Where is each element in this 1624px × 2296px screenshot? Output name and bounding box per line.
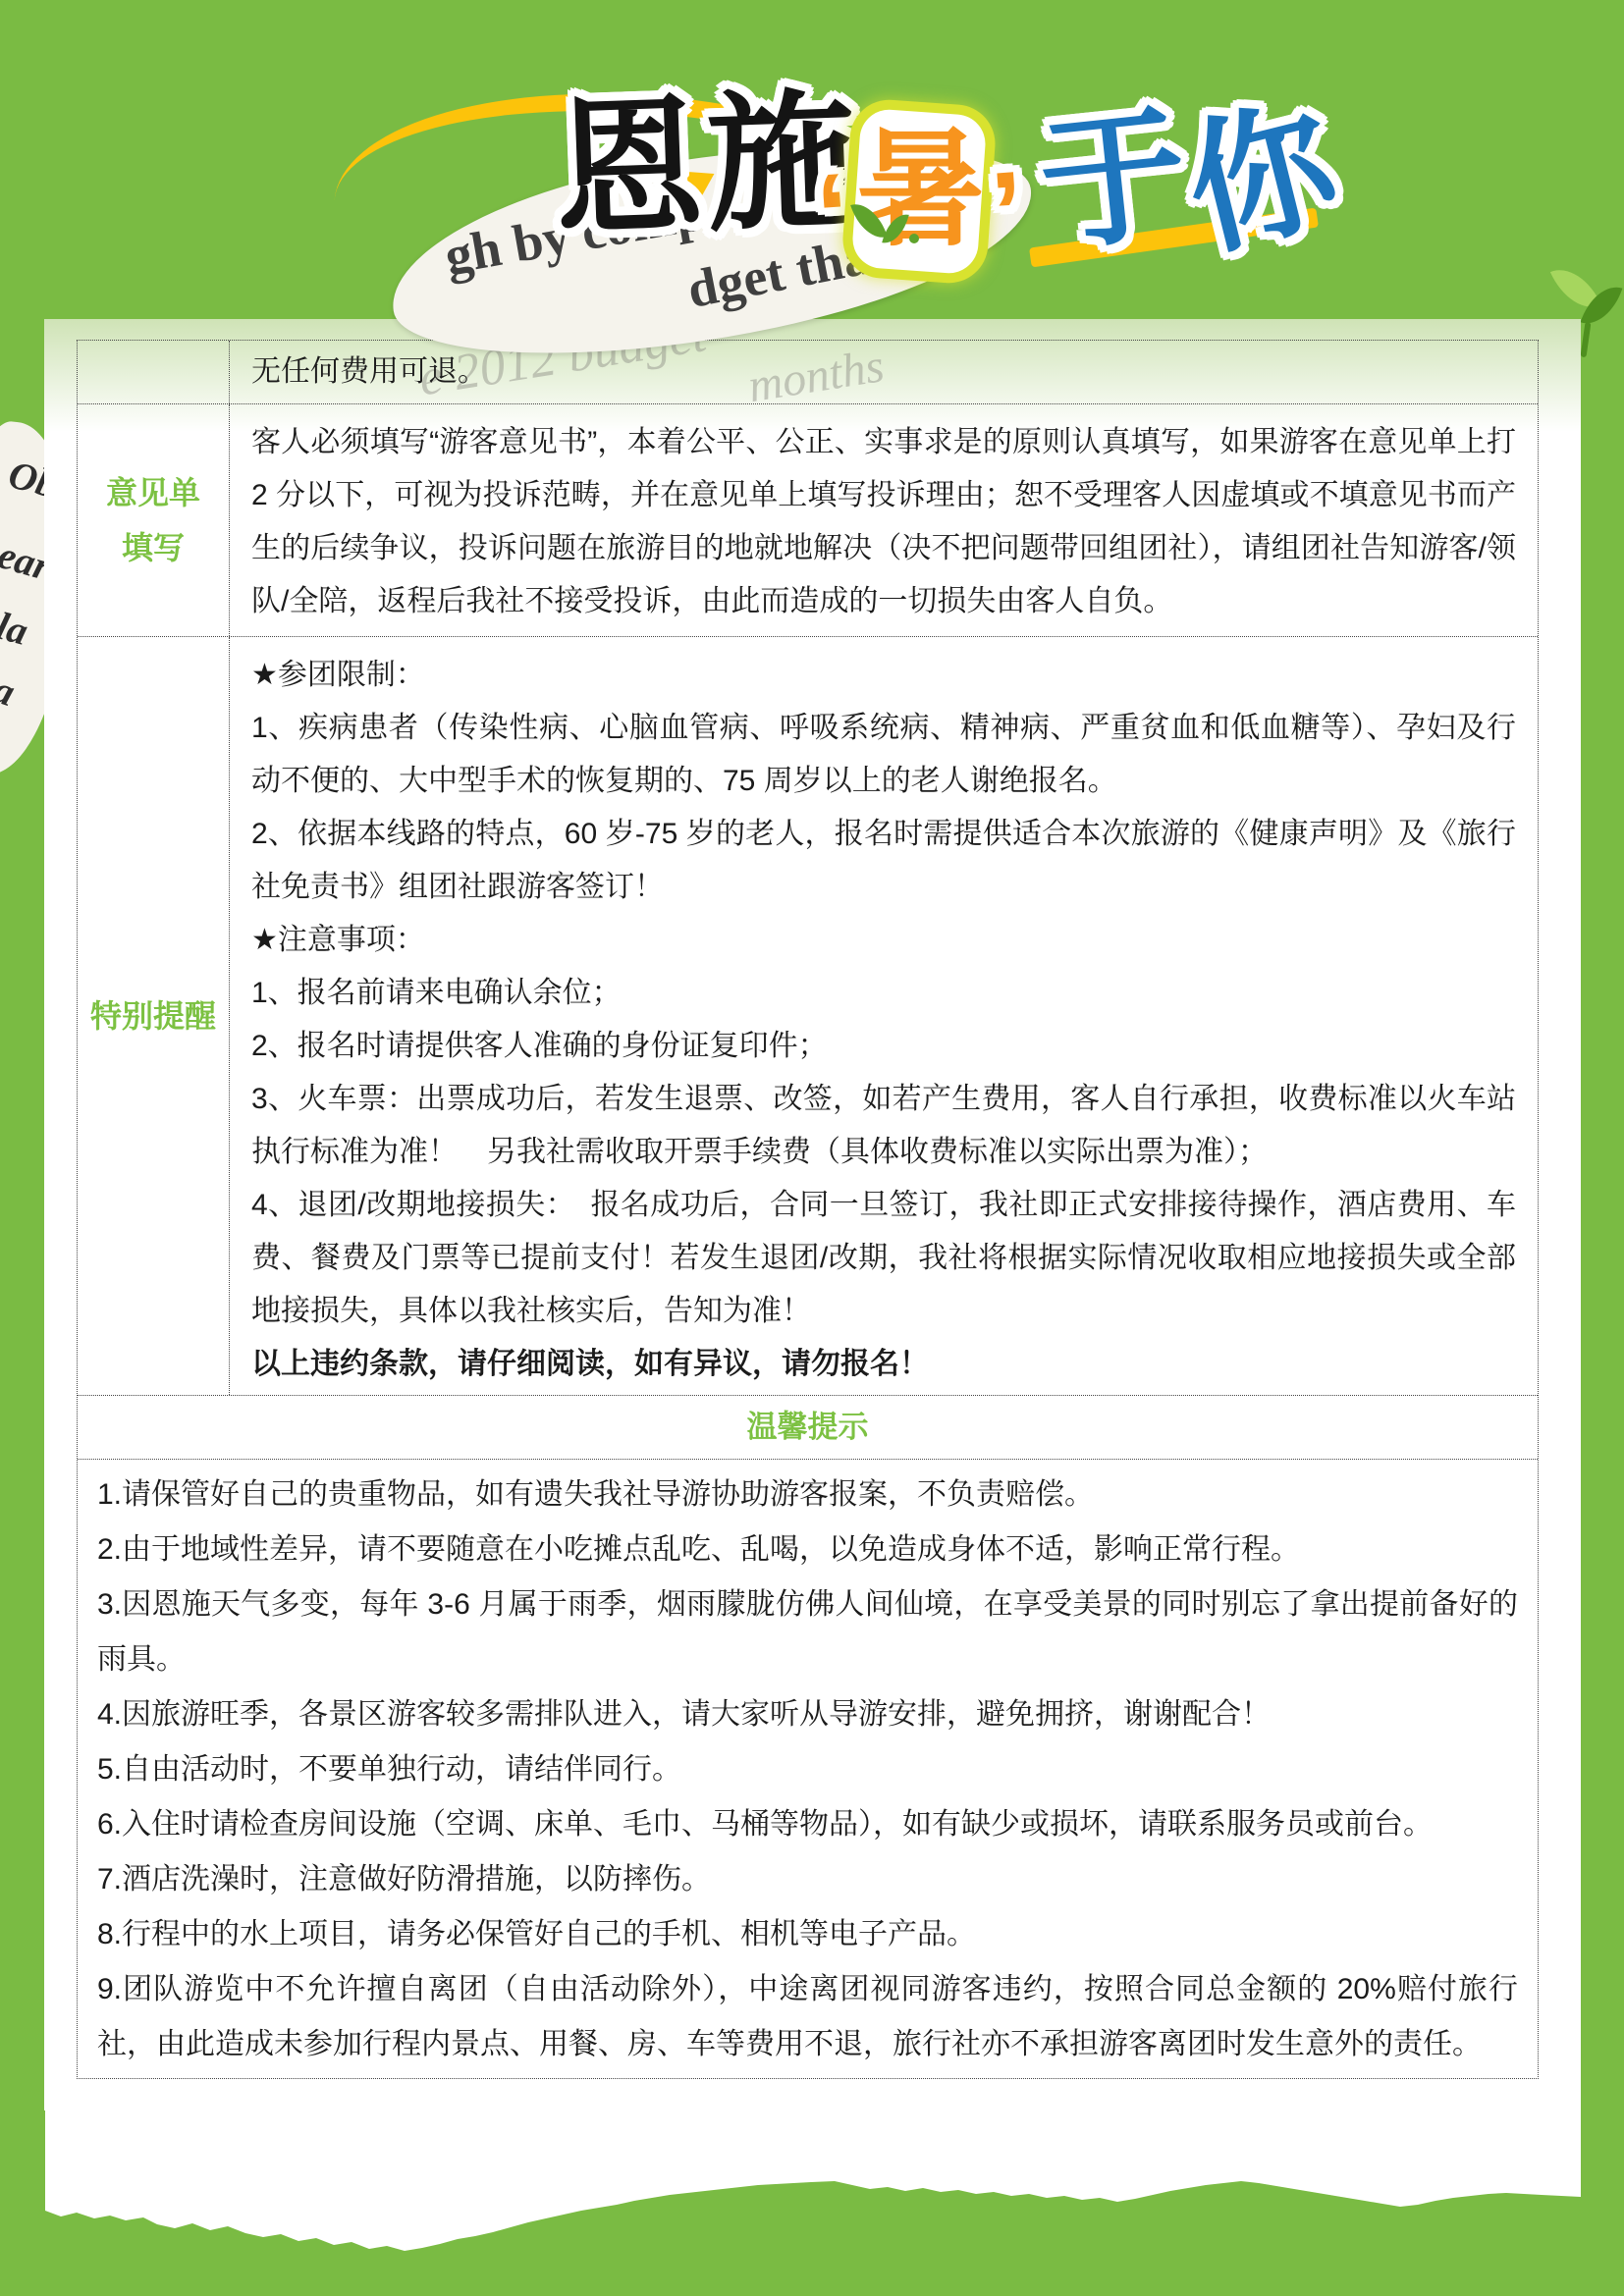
- special-paragraph: ★注意事项：: [251, 914, 1516, 967]
- tip-item: 5.自由活动时，不要单独行动，请结伴同行。: [97, 1742, 1518, 1797]
- table-row-special-reminder: 特别提醒 ★参团限制： 1、疾病患者（传染性病、心脑血管病、呼吸系统病、精神病、…: [78, 637, 1538, 1396]
- special-paragraph: 1、疾病患者（传染性病、心脑血管病、呼吸系统病、精神病、严重贫血和低血糖等）、孕…: [251, 702, 1516, 808]
- logo-close-quote: ’: [988, 154, 1028, 272]
- table-row-tips-header: 温馨提示: [78, 1396, 1538, 1460]
- leaf-splash-icon: [852, 194, 931, 263]
- tip-item: 1.请保管好自己的贵重物品，如有遗失我社导游协助游客报案，不负责赔偿。: [97, 1468, 1518, 1522]
- special-paragraph: 2、报名时请提供客人准确的身份证复印件；: [251, 1020, 1516, 1073]
- special-paragraph: 4、退团/改期地接损失： 报名成功后，合同一旦签订，我社即正式安排接待操作，酒店…: [251, 1179, 1516, 1338]
- notice-table: 无任何费用可退。 意见单 填写 客人必须填写“游客意见书”，本着公平、公正、实事…: [77, 340, 1539, 2079]
- newsprint-word: a: [0, 666, 21, 716]
- newsprint-word: la: [0, 602, 33, 654]
- tip-item: 6.入住时请检查房间设施（空调、床单、毛巾、马桶等物品），如有缺少或损坏，请联系…: [97, 1797, 1518, 1852]
- tip-item: 4.因旅游旺季，各景区游客较多需排队进入，请大家听从导游安排，避免拥挤，谢谢配合…: [97, 1687, 1518, 1742]
- special-reminder-text: ★参团限制： 1、疾病患者（传染性病、心脑血管病、呼吸系统病、精神病、严重贫血和…: [230, 637, 1538, 1395]
- special-paragraph: 2、依据本线路的特点，60 岁-75 岁的老人，报名时需提供适合本次旅游的《健康…: [251, 808, 1516, 914]
- logo-text-yuni: 于你: [1033, 80, 1338, 269]
- torn-paper-edge: [0, 2110, 1624, 2296]
- tip-item: 2.由于地域性差异，请不要随意在小吃摊点乱吃、乱喝，以免造成身体不适，影响正常行…: [97, 1522, 1518, 1577]
- header-logo: 恩施 ‘ 暑 ’ 于你: [314, 39, 1375, 285]
- opinion-form-text: 客人必须填写“游客意见书”，本着公平、公正、实事求是的原则认真填写，如果游客在意…: [230, 404, 1538, 636]
- tip-item: 8.行程中的水上项目，请务必保管好自己的手机、相机等电子产品。: [97, 1907, 1518, 1962]
- special-warning-bold: 以上违约条款，请仔细阅读，如有异议，请勿报名！: [251, 1338, 1516, 1391]
- tips-list: 1.请保管好自己的贵重物品，如有遗失我社导游协助游客报案，不负责赔偿。 2.由于…: [78, 1460, 1538, 2078]
- table-row-opinion-form: 意见单 填写 客人必须填写“游客意见书”，本着公平、公正、实事求是的原则认真填写…: [78, 404, 1538, 637]
- special-paragraph: 1、报名前请来电确认余位；: [251, 967, 1516, 1020]
- opinion-form-label: 意见单 填写: [78, 404, 230, 636]
- special-paragraph: 3、火车票：出票成功后，若发生退票、改签，如若产生费用，客人自行承担，收费标准以…: [251, 1073, 1516, 1179]
- special-paragraph: ★参团限制：: [251, 649, 1516, 702]
- tip-item: 9.团队游览中不允许擅自离团（自由活动除外），中途离团视同游客违约，按照合同总金…: [97, 1962, 1518, 2072]
- tip-item: 3.因恩施天气多变，每年 3-6 月属于雨季，烟雨朦胧仿佛人间仙境，在享受美景的…: [97, 1577, 1518, 1687]
- tip-item: 7.酒店洗澡时，注意做好防滑措施，以防摔伤。: [97, 1852, 1518, 1907]
- special-reminder-label: 特别提醒: [78, 637, 230, 1395]
- tips-header: 温馨提示: [78, 1396, 1538, 1459]
- travel-notice-page: { "logo": { "prefix": "恩施", "open_quote"…: [0, 0, 1624, 2296]
- table-row-tips: 1.请保管好自己的贵重物品，如有遗失我社导游协助游客报案，不负责赔偿。 2.由于…: [78, 1460, 1538, 2078]
- row-label-empty: [78, 341, 230, 403]
